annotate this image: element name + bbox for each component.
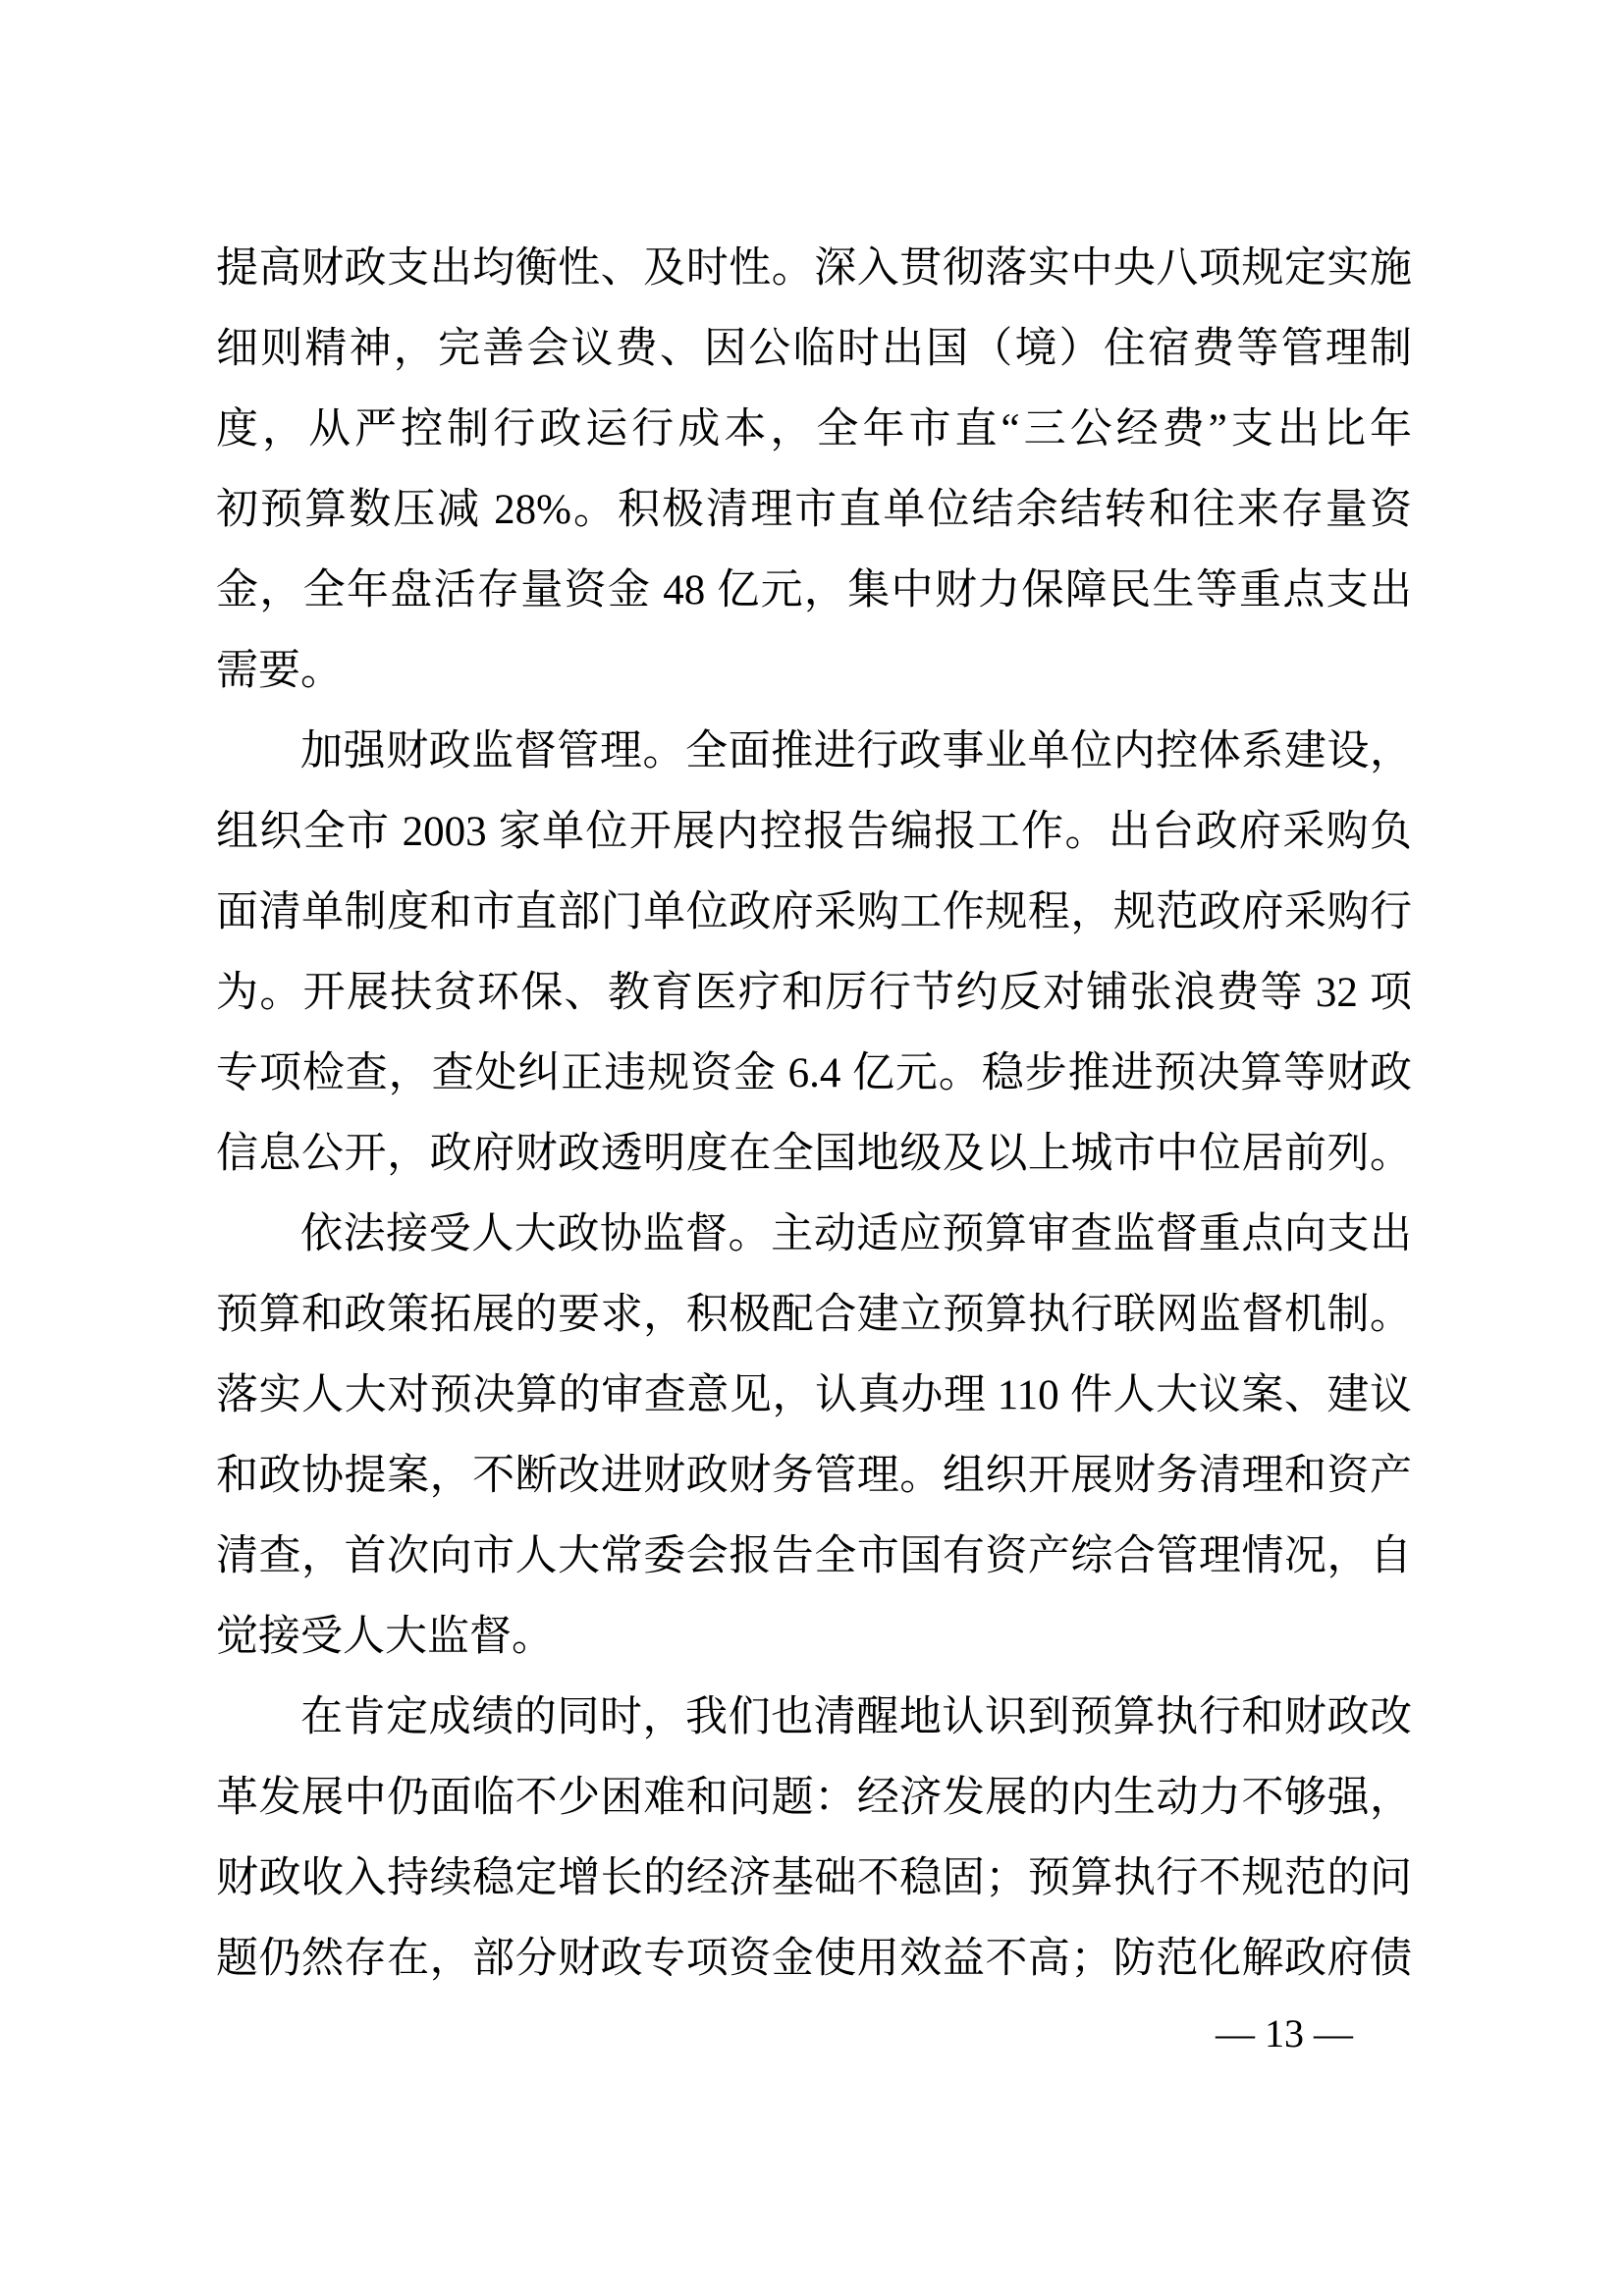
text-line: 题仍然存在，部分财政专项资金使用效益不高；防范化解政府债 (216, 1919, 1412, 2000)
text-line: 面清单制度和市直部门单位政府采购工作规程，规范政府采购行 (216, 873, 1412, 953)
text-line-paragraph-start: 加强财政监督管理。全面推进行政事业单位内控体系建设， (216, 712, 1412, 792)
text-line: 度，从严控制行政运行成本，全年市直“三公经费”支出比年 (216, 390, 1412, 470)
text-line: 提高财政支出均衡性、及时性。深入贯彻落实中央八项规定实施 (216, 229, 1412, 309)
document-page: 提高财政支出均衡性、及时性。深入贯彻落实中央八项规定实施 细则精神，完善会议费、… (0, 0, 1623, 2296)
text-line-paragraph-start: 在肯定成绩的同时，我们也清醒地认识到预算执行和财政改 (216, 1678, 1412, 1758)
text-line: 信息公开，政府财政透明度在全国地级及以上城市中位居前列。 (216, 1114, 1412, 1195)
text-line: 专项检查，查处纠正违规资金 6.4 亿元。稳步推进预决算等财政 (216, 1034, 1412, 1114)
text-line: 为。开展扶贫环保、教育医疗和厉行节约反对铺张浪费等 32 项 (216, 953, 1412, 1034)
text-line: 细则精神，完善会议费、因公临时出国（境）住宿费等管理制 (216, 309, 1412, 390)
page-number: — 13 — (1196, 2004, 1373, 2063)
text-line-paragraph-end: 觉接受人大监督。 (216, 1597, 1412, 1678)
text-line: 预算和政策拓展的要求，积极配合建立预算执行联网监督机制。 (216, 1275, 1412, 1356)
text-line: 清查，首次向市人大常委会报告全市国有资产综合管理情况，自 (216, 1517, 1412, 1597)
text-line: 和政协提案，不断改进财政财务管理。组织开展财务清理和资产 (216, 1436, 1412, 1517)
document-body: 提高财政支出均衡性、及时性。深入贯彻落实中央八项规定实施 细则精神，完善会议费、… (216, 229, 1412, 2000)
text-line: 革发展中仍面临不少困难和问题：经济发展的内生动力不够强， (216, 1758, 1412, 1839)
text-line-paragraph-start: 依法接受人大政协监督。主动适应预算审查监督重点向支出 (216, 1195, 1412, 1275)
text-line: 组织全市 2003 家单位开展内控报告编报工作。出台政府采购负 (216, 792, 1412, 873)
text-line: 落实人大对预决算的审查意见，认真办理 110 件人大议案、建议 (216, 1356, 1412, 1436)
text-line-paragraph-end: 需要。 (216, 631, 1412, 712)
text-line: 金，全年盘活存量资金 48 亿元，集中财力保障民生等重点支出 (216, 551, 1412, 631)
text-line: 财政收入持续稳定增长的经济基础不稳固；预算执行不规范的问 (216, 1839, 1412, 1919)
text-line: 初预算数压减 28%。积极清理市直单位结余结转和往来存量资 (216, 470, 1412, 551)
